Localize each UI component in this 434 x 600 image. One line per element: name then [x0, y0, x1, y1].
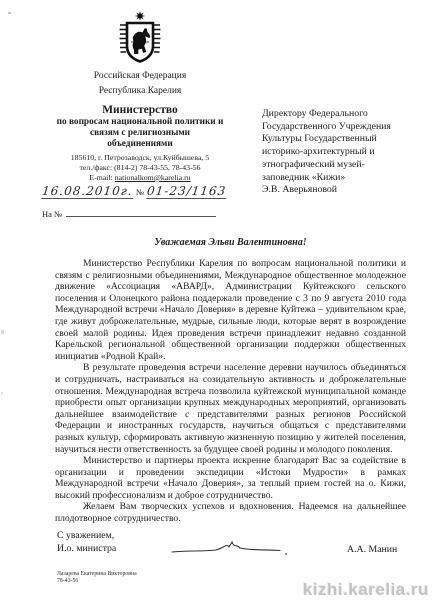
site-watermark: kizhi.karelia.ru [303, 580, 429, 600]
paragraph: В результате проведения встречи населени… [55, 362, 406, 455]
ministry-subtitle-line: связям с религиозными [28, 128, 252, 139]
salutation: Уважаемая Эльви Валентиновна! [55, 236, 406, 250]
country-line: Российская Федерация [28, 70, 252, 82]
recipient-block: Директору Федерального Государственного … [262, 108, 430, 197]
number-sign: № [136, 187, 144, 197]
paragraph: Министерство Республики Карелия по вопро… [55, 258, 406, 362]
karelia-coat-of-arms-icon [118, 10, 162, 64]
scan-artifact [1, 330, 4, 334]
ministry-subtitle-line: объединениями [28, 139, 252, 150]
registration-row: 16.08.2010г.№01-23/1163 [42, 184, 242, 199]
signer-name: А.А. Манин [347, 544, 397, 555]
email-label: E-mail: [89, 173, 114, 182]
recipient-line: Культуры Государственный [262, 133, 430, 146]
recipient-line: Государственного Учреждения [262, 121, 430, 134]
recipient-line: заповедник «Кижи» [262, 172, 430, 185]
executor-block: Лазарева Екатерина Викторовна 78-43-56 [57, 571, 137, 585]
scanned-letter-page: Российская Федерация Республика Карелия … [0, 0, 434, 600]
handwritten-number: 01-23/1163 [146, 184, 228, 199]
closing-phrase: С уважением, [57, 530, 114, 542]
executor-name: Лазарева Екатерина Викторовна [57, 571, 137, 578]
ministry-name: Министерство [28, 104, 252, 117]
phone-fax: тел./факс: (814-2) 78-43-55, 78-43-56 [28, 163, 252, 173]
letter-body: Уважаемая Эльви Валентиновна! Министерст… [55, 236, 406, 525]
recipient-line: Директору Федерального [262, 108, 430, 121]
paragraph: Министерство и партнеры проекта искренне… [55, 455, 406, 501]
reference-label: На № [42, 209, 62, 219]
paragraph: Желаем Вам творческих успехов и вдохнове… [55, 501, 406, 524]
scan-artifact [1, 392, 3, 395]
handwritten-signature [170, 539, 290, 559]
reference-blank-line [66, 206, 216, 217]
recipient-line: этнографический музей- [262, 159, 430, 172]
email-address: nationalkom@karelia.ru [115, 173, 191, 182]
email-line: E-mail: nationalkom@karelia.ru [28, 173, 252, 183]
contact-block: 185610, г. Петрозаводск, ул.Куйбышева, 5… [28, 153, 252, 182]
ministry-subtitle-line: по вопросам национальной политики и [28, 117, 252, 128]
scan-artifact [8, 12, 11, 14]
sender-block: Российская Федерация Республика Карелия … [28, 70, 252, 183]
signer-position: И.о. министра [57, 543, 116, 554]
recipient-line: историко-архитектурный и [262, 146, 430, 159]
region-line: Республика Карелия [28, 85, 252, 97]
reference-row: На № [42, 206, 216, 219]
executor-phone: 78-43-56 [57, 578, 137, 585]
handwritten-date: 16.08.2010г. [41, 184, 135, 199]
recipient-name: Э.В. Аверьяновой [262, 184, 430, 197]
postal-address: 185610, г. Петрозаводск, ул.Куйбышева, 5 [28, 153, 252, 163]
